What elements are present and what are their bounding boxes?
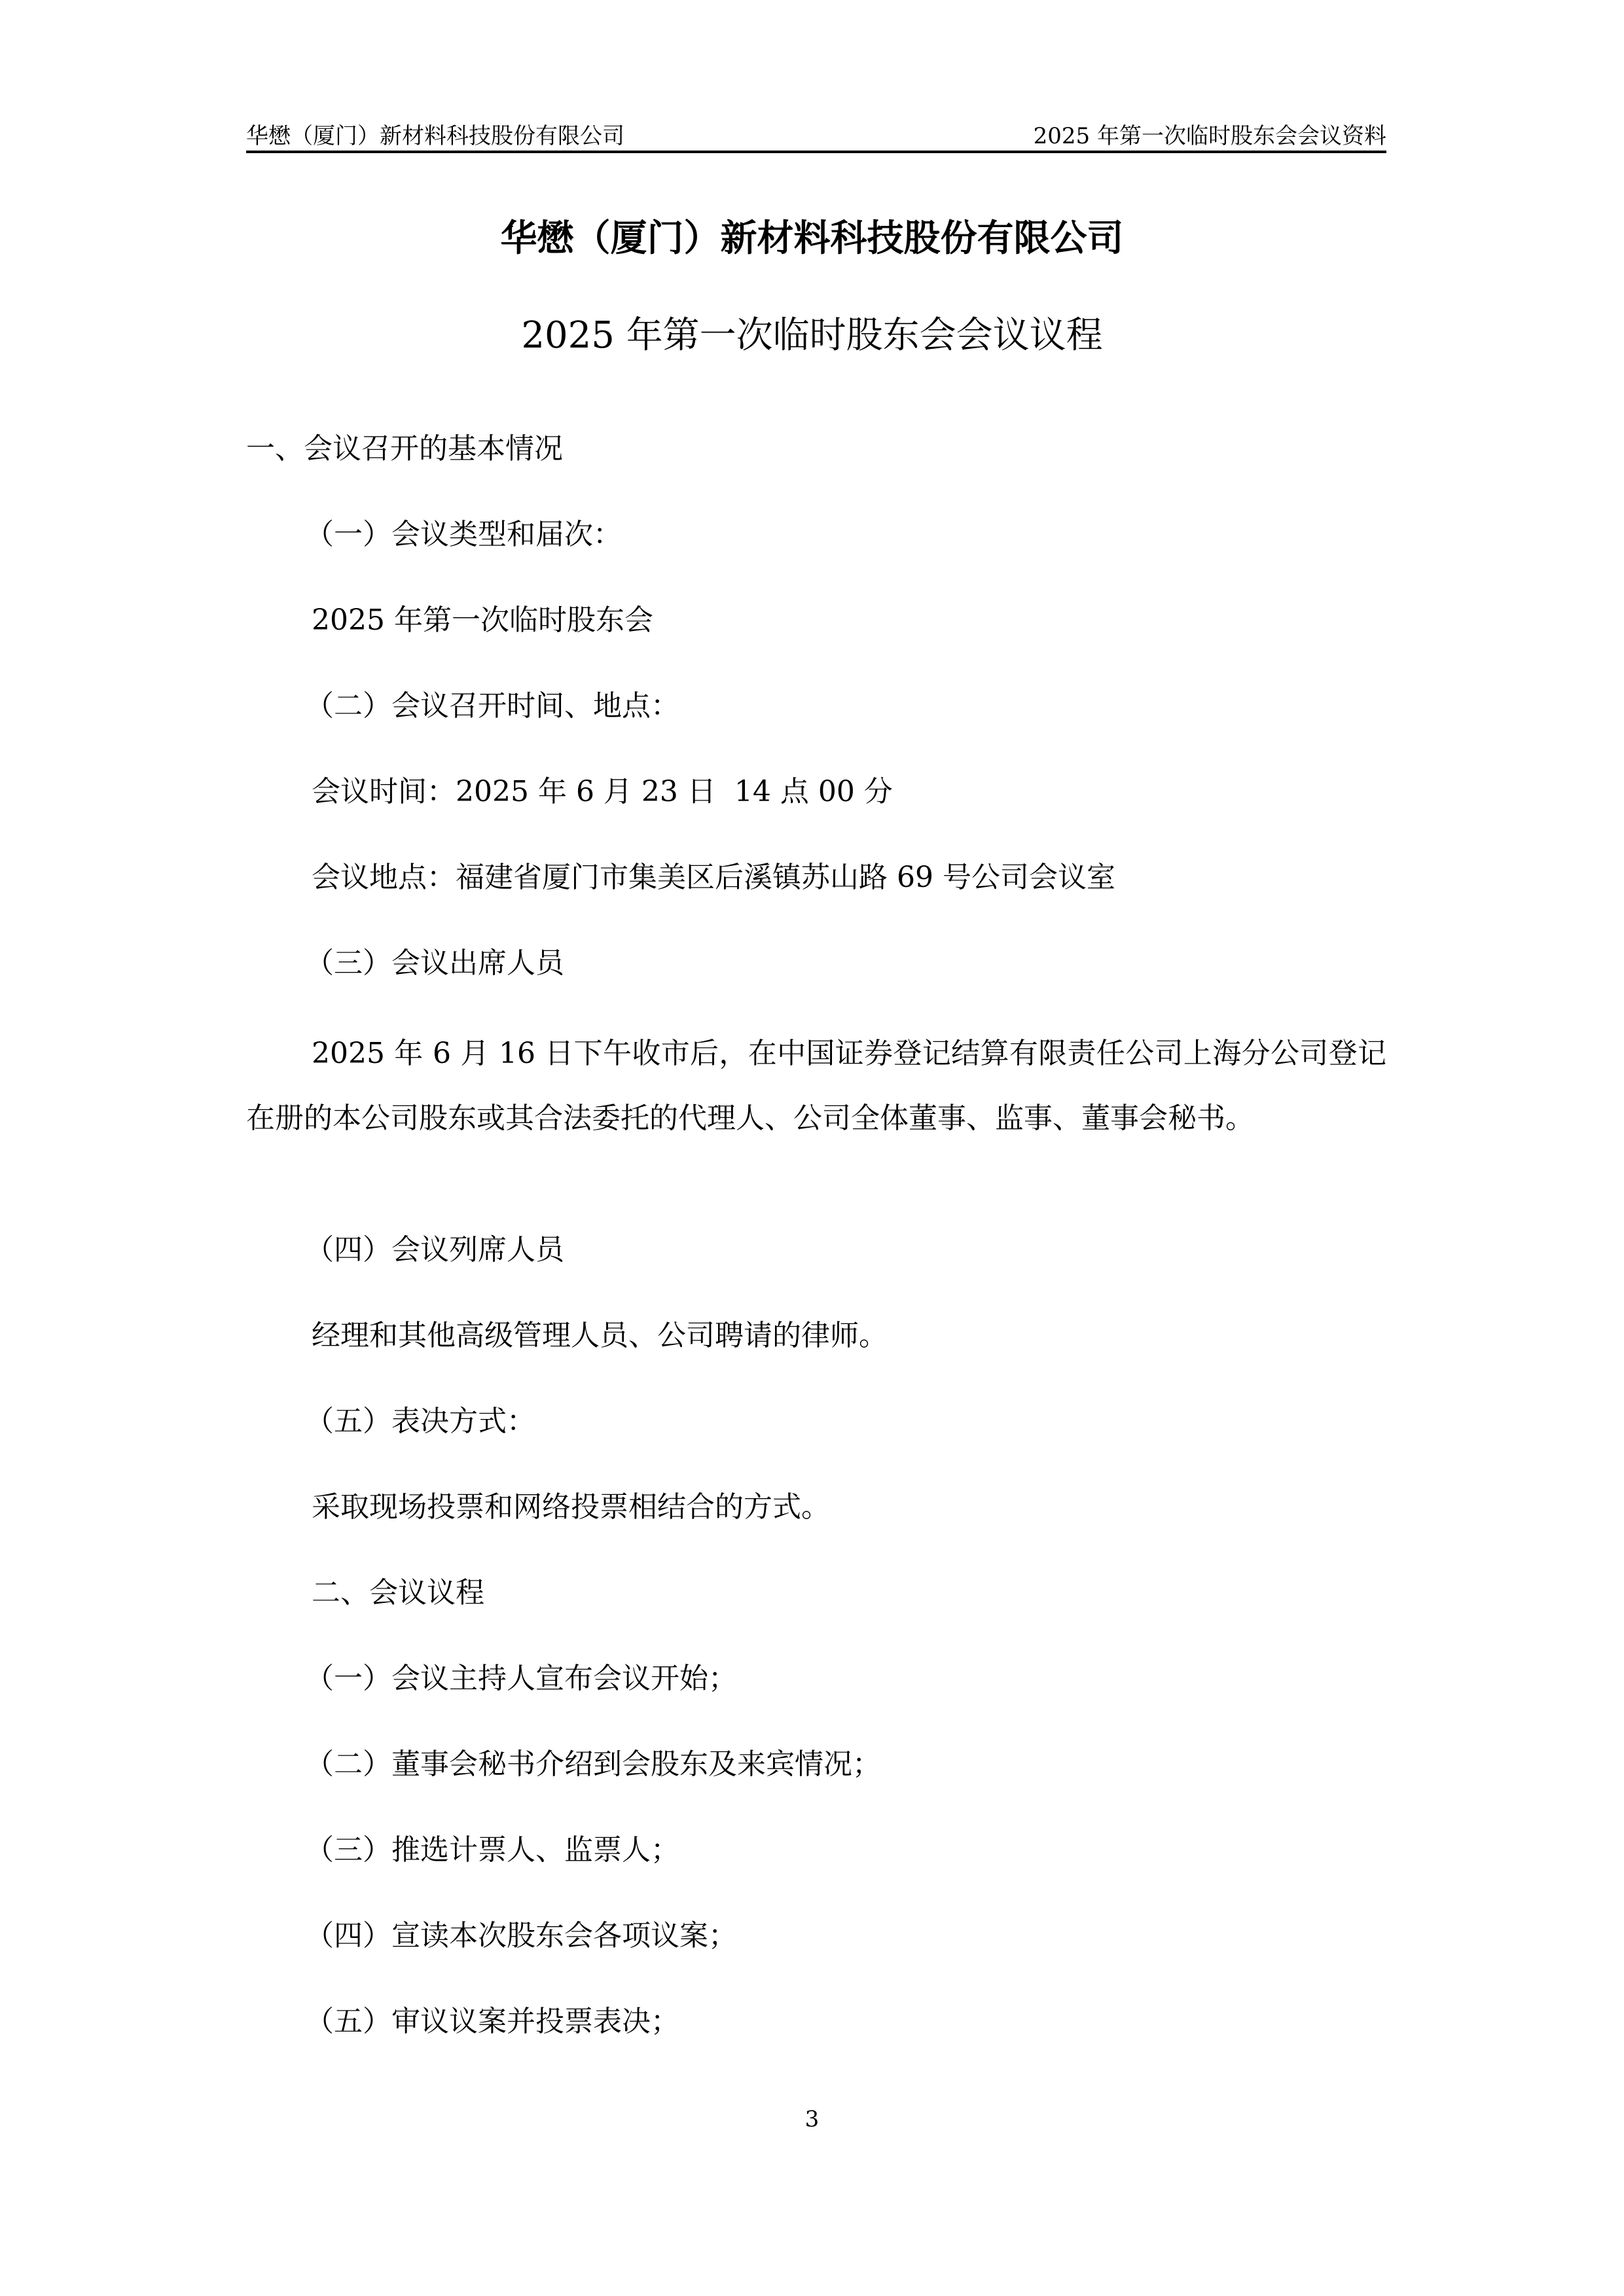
section-2-heading: 二、会议议程: [312, 1573, 1452, 1613]
agenda-item: （一）会议主持人宣布会议开始；: [305, 1659, 1445, 1698]
section-1-1-heading: （一）会议类型和届次：: [305, 515, 1445, 554]
section-1-4-body: 经理和其他高级管理人员、公司聘请的律师。: [312, 1316, 1452, 1355]
header-company-name: 华懋（厦门）新材料科技股份有限公司: [246, 123, 624, 149]
agenda-item: （三）推选计票人、监票人；: [305, 1831, 1445, 1870]
header-document-title: 2025 年第一次临时股东会会议资料: [1034, 123, 1386, 149]
agenda-item: （四）宣读本次股东会各项议案；: [305, 1916, 1445, 1956]
header-divider: [246, 151, 1386, 153]
section-1-3-body: 2025 年 6 月 16 日下午收市后，在中国证券登记结算有限责任公司上海分公…: [246, 1021, 1386, 1151]
section-1-5-heading: （五）表决方式：: [305, 1402, 1445, 1441]
agenda-item: （二）董事会秘书介绍到会股东及来宾情况；: [305, 1745, 1445, 1784]
meeting-time: 会议时间：2025 年 6 月 23 日 14 点 00 分: [312, 772, 1452, 812]
section-1-3-heading: （三）会议出席人员: [305, 944, 1445, 983]
section-1-5-body: 采取现场投票和网络投票相结合的方式。: [312, 1488, 1452, 1527]
section-1-4-heading: （四）会议列席人员: [305, 1230, 1445, 1270]
section-1-2-heading: （二）会议召开时间、地点：: [305, 687, 1445, 726]
document-title-company: 华懋（厦门）新材料科技股份有限公司: [0, 216, 1624, 262]
agenda-item: （五）审议议案并投票表决；: [305, 2002, 1445, 2041]
section-1-1-body: 2025 年第一次临时股东会: [312, 601, 1452, 640]
page-header: 华懋（厦门）新材料科技股份有限公司 2025 年第一次临时股东会会议资料: [246, 113, 1386, 149]
meeting-place: 会议地点：福建省厦门市集美区后溪镇苏山路 69 号公司会议室: [312, 858, 1452, 897]
page-number: 3: [0, 2106, 1624, 2132]
document-title-agenda: 2025 年第一次临时股东会会议议程: [0, 313, 1624, 359]
section-1-heading: 一、会议召开的基本情况: [246, 429, 1386, 469]
